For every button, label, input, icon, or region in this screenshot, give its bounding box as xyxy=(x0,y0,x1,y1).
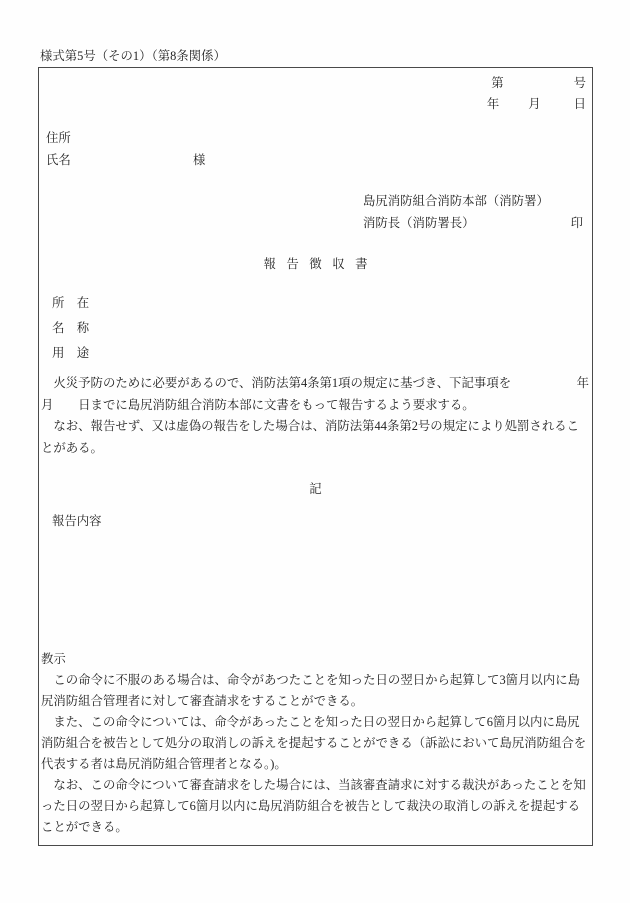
ki-heading: 記 xyxy=(39,479,592,497)
request-paragraph: 火災予防のために必要があるので、消防法第4条第1項の規定に基づき、下記事項を 年… xyxy=(41,373,589,459)
date-line: 年 月 日 xyxy=(487,94,586,112)
request-line-1-text: 火災予防のために必要があるので、消防法第4条第1項の規定に基づき、下記事項を xyxy=(41,373,511,395)
request-line-2: 月 日までに島尻消防組合消防本部に文書をもって報告するよう要求する。 xyxy=(41,395,589,417)
instruction-section: 教示 この命令に不服のある場合は、命令があつたことを知った日の翌日から起算して3… xyxy=(41,649,589,838)
doc-number-suffix: 号 xyxy=(574,73,586,91)
property-location-label: 所 在 xyxy=(52,293,89,311)
doc-number-line: 第 号 xyxy=(491,73,586,91)
addressee-name-label: 氏名 xyxy=(46,150,71,168)
property-name-label: 名 称 xyxy=(52,318,89,336)
addressee-address-label: 住所 xyxy=(46,128,71,146)
property-use-label: 用 途 xyxy=(52,343,89,361)
instruction-line: なお、この命令について審査請求をした場合には、当該審査請求に対する裁決があったこ… xyxy=(41,775,589,796)
date-month-label: 月 xyxy=(528,94,540,112)
instruction-line: また、この命令については、命令があったことを知った日の翌日から起算して6箇月以内… xyxy=(41,712,589,733)
document-page: 様式第5号（その1）（第8条関係） 第 号 年 月 日 住所 氏名 様 島尻消防… xyxy=(0,0,630,903)
request-line-4: とがある。 xyxy=(41,438,589,460)
instruction-label: 教示 xyxy=(41,649,589,670)
instruction-line: 代表する者は島尻消防組合管理者となる。)。 xyxy=(41,754,589,775)
sender-title: 消防長（消防署長） xyxy=(363,213,475,231)
instruction-line: 尻消防組合管理者に対して審査請求をすることができる。 xyxy=(41,691,589,712)
instruction-line: 消防組合を被告として処分の取消しの訴えを提起することができる（訴訟において島尻消… xyxy=(41,733,589,754)
instruction-line: この命令に不服のある場合は、命令があつたことを知った日の翌日から起算して3箇月以… xyxy=(41,670,589,691)
seal-mark: 印 xyxy=(571,213,583,231)
request-line-1-year-label: 年 xyxy=(577,373,589,395)
instruction-line: ことができる。 xyxy=(41,817,589,838)
request-line-1: 火災予防のために必要があるので、消防法第4条第1項の規定に基づき、下記事項を 年 xyxy=(41,373,589,395)
addressee-honorific: 様 xyxy=(193,150,205,168)
form-border-frame: 第 号 年 月 日 住所 氏名 様 島尻消防組合消防本部（消防署） 消防長（消防… xyxy=(38,67,593,846)
form-number-label: 様式第5号（その1）（第8条関係） xyxy=(40,46,226,64)
instruction-line: った日の翌日から起算して6箇月以内に島尻消防組合を被告として裁決の取消しの訴えを… xyxy=(41,796,589,817)
document-title: 報告徴収書 xyxy=(39,254,592,272)
date-day-label: 日 xyxy=(574,94,586,112)
request-line-3: なお、報告せず、又は虚偽の報告をした場合は、消防法第44条第2号の規定により処罰… xyxy=(41,416,589,438)
sender-organization: 島尻消防組合消防本部（消防署） xyxy=(363,191,549,209)
doc-number-prefix: 第 xyxy=(491,73,503,91)
report-contents-label: 報告内容 xyxy=(52,511,102,529)
date-year-label: 年 xyxy=(487,94,499,112)
